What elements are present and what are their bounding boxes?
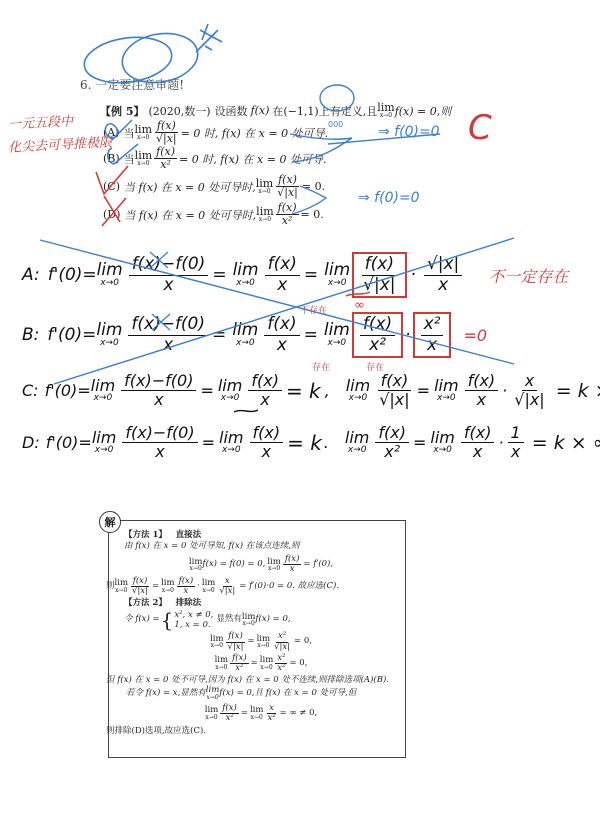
- line-label: A:: [22, 265, 40, 285]
- fraction: f(x)x: [250, 424, 284, 462]
- line-label: D:: [22, 433, 40, 452]
- option-limit: limx→0: [135, 150, 152, 167]
- section-number: 6.: [80, 78, 91, 92]
- handwritten-line-d: D: f'(0)= limx→0 f(x)−f(0)x = limx→0 f(x…: [22, 424, 600, 462]
- method-2-but-line: 但 f(x) 在 x = 0 处不可导,因为 f(x) 在 x = 0 处不连续…: [106, 675, 404, 686]
- option-key: (D): [103, 208, 120, 221]
- option-limit: limx→0: [256, 206, 273, 223]
- black-underline: [234, 410, 258, 412]
- equals: =: [212, 325, 226, 345]
- result: = k × 0 = 0: [556, 380, 600, 402]
- option-prefix: 当 f(x) 在 x = 0 处可导时,: [124, 179, 256, 195]
- option-fraction: f(x)x²: [276, 202, 299, 227]
- derivative-expr: f'(0)=: [45, 381, 91, 400]
- stem-mid: 在(−1,1)上有定义,且: [272, 103, 377, 119]
- option-prefix: 当: [124, 125, 135, 141]
- limit: limx→0: [430, 430, 454, 455]
- option-b: (B) 当 limx→0 f(x)x² = 0 时, f(x) 在 x = 0 …: [103, 146, 326, 171]
- dot: ·: [411, 265, 416, 285]
- red-boxed-term-2: x²x: [413, 312, 452, 358]
- fraction: f(x)−f(0)x: [129, 255, 209, 295]
- fraction: f(x)−f(0)x: [121, 372, 196, 410]
- limit: limx→0: [219, 430, 243, 455]
- limit: limx→0: [233, 262, 259, 288]
- method-1-line-2: limx→0 f(x) = f(0) = 0, limx→0 f(x)x = f…: [118, 555, 404, 575]
- dot: ·: [502, 381, 507, 400]
- equals: =: [413, 433, 426, 452]
- option-limit: limx→0: [135, 124, 152, 141]
- handwritten-line-b: B: f'(0)= limx→0 f(x)−f(0)x = limx→0 f(x…: [22, 312, 487, 358]
- red-boxed-term: f(x)√|x|: [352, 252, 406, 298]
- option-suffix: = 0.: [302, 180, 325, 193]
- blue-underline-note: 000: [328, 120, 343, 129]
- method-2-eq-3: limx→0 f(x)x² = limx→0 xx² = ∞ ≠ 0,: [118, 704, 404, 724]
- limit: limx→0: [91, 378, 115, 403]
- result: = k × ∞: [532, 432, 600, 454]
- method-2-piecewise: 令 f(x) = { x², x ≠ 0, 1, x = 0. 显然有 limx…: [118, 610, 404, 630]
- result: = k: [286, 379, 321, 403]
- equals: =: [200, 381, 213, 400]
- separator: .: [324, 433, 329, 452]
- option-d: (D) 当 f(x) 在 x = 0 处可导时, limx→0 f(x)x² =…: [103, 202, 324, 227]
- fraction: f(x)−f(0)x: [128, 315, 208, 355]
- limit: limx→0: [324, 322, 350, 348]
- fraction: f(x)x: [265, 255, 300, 295]
- option-limit: limx→0: [256, 178, 273, 195]
- red-margin-note-1: 一元五段中: [8, 110, 74, 132]
- fraction: f(x)√|x|: [376, 372, 412, 410]
- red-note: 不一定存在: [488, 264, 568, 287]
- blue-note-cd: ⇒ f(0)=0: [358, 190, 420, 206]
- option-suffix: = 0 时, f(x) 在 x = 0 处可导.: [181, 125, 328, 141]
- handwritten-line-c: C: f'(0)= limx→0 f(x)−f(0)x = limx→0 f(x…: [22, 372, 600, 410]
- option-a: (A) 当 limx→0 f(x)√|x| = 0 时, f(x) 在 x = …: [103, 120, 328, 145]
- option-fraction: f(x)x²: [154, 146, 177, 171]
- fraction: √|x|x: [424, 255, 462, 295]
- option-fraction: f(x)√|x|: [154, 120, 179, 145]
- fraction: f(x)x: [465, 372, 499, 410]
- option-key: (B): [103, 152, 120, 165]
- red-note: =0: [463, 326, 487, 345]
- equals: =: [417, 381, 430, 400]
- stem-prefix: 设函数: [215, 103, 248, 119]
- method-2-eq-2: limx→0 f(x)x² = limx→0 x²x² = 0,: [118, 654, 404, 674]
- method-1-line-1: 由 f(x) 在 x = 0 处可导知, f(x) 在该点连续,则: [118, 541, 404, 552]
- option-prefix: 当: [124, 151, 135, 167]
- method-2-final: 则排除(D)选项,故应选(C).: [106, 726, 404, 737]
- method-1-line-3: 则 limx→0 f(x)√|x| = limx→0 f(x)x · limx→…: [106, 577, 404, 597]
- dot: ·: [498, 433, 503, 452]
- option-key: (C): [103, 180, 120, 193]
- limit: limx→0: [232, 322, 258, 348]
- fraction: x√|x|: [511, 372, 547, 410]
- equals: =: [202, 433, 215, 452]
- red-infinity-note: ∞: [354, 298, 365, 313]
- fraction: f(x)x: [264, 315, 299, 355]
- stem-limit: limx→0: [377, 102, 394, 119]
- derivative-expr: f'(0)=: [47, 325, 96, 345]
- section-heading: 6. 一定要注意审题!: [80, 76, 184, 93]
- method-2-eq-1: limx→0 f(x)√|x| = limx→0 x²√|x| = 0,: [118, 632, 404, 652]
- red-margin-note-2: 化尖去可导推极限: [8, 131, 113, 155]
- fraction: f(x)x²: [375, 424, 409, 462]
- fraction: 1x: [508, 424, 524, 462]
- red-answer: C: [468, 108, 492, 148]
- fraction: f(x)x: [248, 372, 282, 410]
- equals: =: [304, 325, 318, 345]
- derivative-expr: f'(0)=: [46, 433, 92, 452]
- derivative-expr: f'(0)=: [48, 265, 97, 285]
- limit: limx→0: [346, 378, 370, 403]
- option-fraction: f(x)√|x|: [275, 174, 300, 199]
- example-source: (2020,数一): [148, 103, 210, 119]
- option-c: (C) 当 f(x) 在 x = 0 处可导时, limx→0 f(x)√|x|…: [103, 174, 325, 199]
- equals: =: [304, 265, 318, 285]
- limit: limx→0: [324, 262, 350, 288]
- red-boxed-term-1: f(x)x²: [352, 312, 403, 358]
- example-stem: 【例 5】 (2020,数一) 设函数 f(x) 在(−1,1)上有定义,且 l…: [100, 102, 451, 119]
- line-label: B:: [22, 325, 39, 345]
- stem-tail: f(x) = 0,则: [395, 103, 452, 119]
- limit: limx→0: [97, 262, 123, 288]
- blue-note-ab: ⇒ f(0)=0: [378, 124, 440, 140]
- limit: limx→0: [218, 378, 242, 403]
- option-suffix: = 0.: [301, 208, 324, 221]
- equals: =: [212, 265, 226, 285]
- limit: limx→0: [92, 430, 116, 455]
- line-label: C:: [22, 381, 39, 400]
- separator: ,: [325, 381, 330, 400]
- section-heading-text: 一定要注意审题!: [95, 78, 184, 92]
- solution-content: 【方法 1】 直接法 由 f(x) 在 x = 0 处可导知, f(x) 在该点…: [118, 530, 404, 738]
- handwritten-line-a: A: f'(0)= limx→0 f(x)−f(0)x = limx→0 f(x…: [22, 252, 568, 298]
- limit: limx→0: [345, 430, 369, 455]
- limit: limx→0: [434, 378, 458, 403]
- stem-func: f(x): [251, 104, 270, 117]
- option-prefix: 当 f(x) 在 x = 0 处可导时,: [124, 207, 256, 223]
- method-2-let-2: 若令 f(x) = x,显然有 limx→0 f(x) = 0,且 f(x) 在…: [118, 686, 404, 701]
- method-1-heading: 【方法 1】 直接法: [118, 530, 404, 541]
- fraction: f(x)x: [461, 424, 495, 462]
- result: = k: [287, 431, 322, 455]
- example-label: 【例 5】: [100, 103, 144, 119]
- fraction: f(x)−f(0)x: [122, 424, 197, 462]
- limit: limx→0: [96, 322, 122, 348]
- option-suffix: = 0 时, f(x) 在 x = 0 处可导.: [179, 151, 326, 167]
